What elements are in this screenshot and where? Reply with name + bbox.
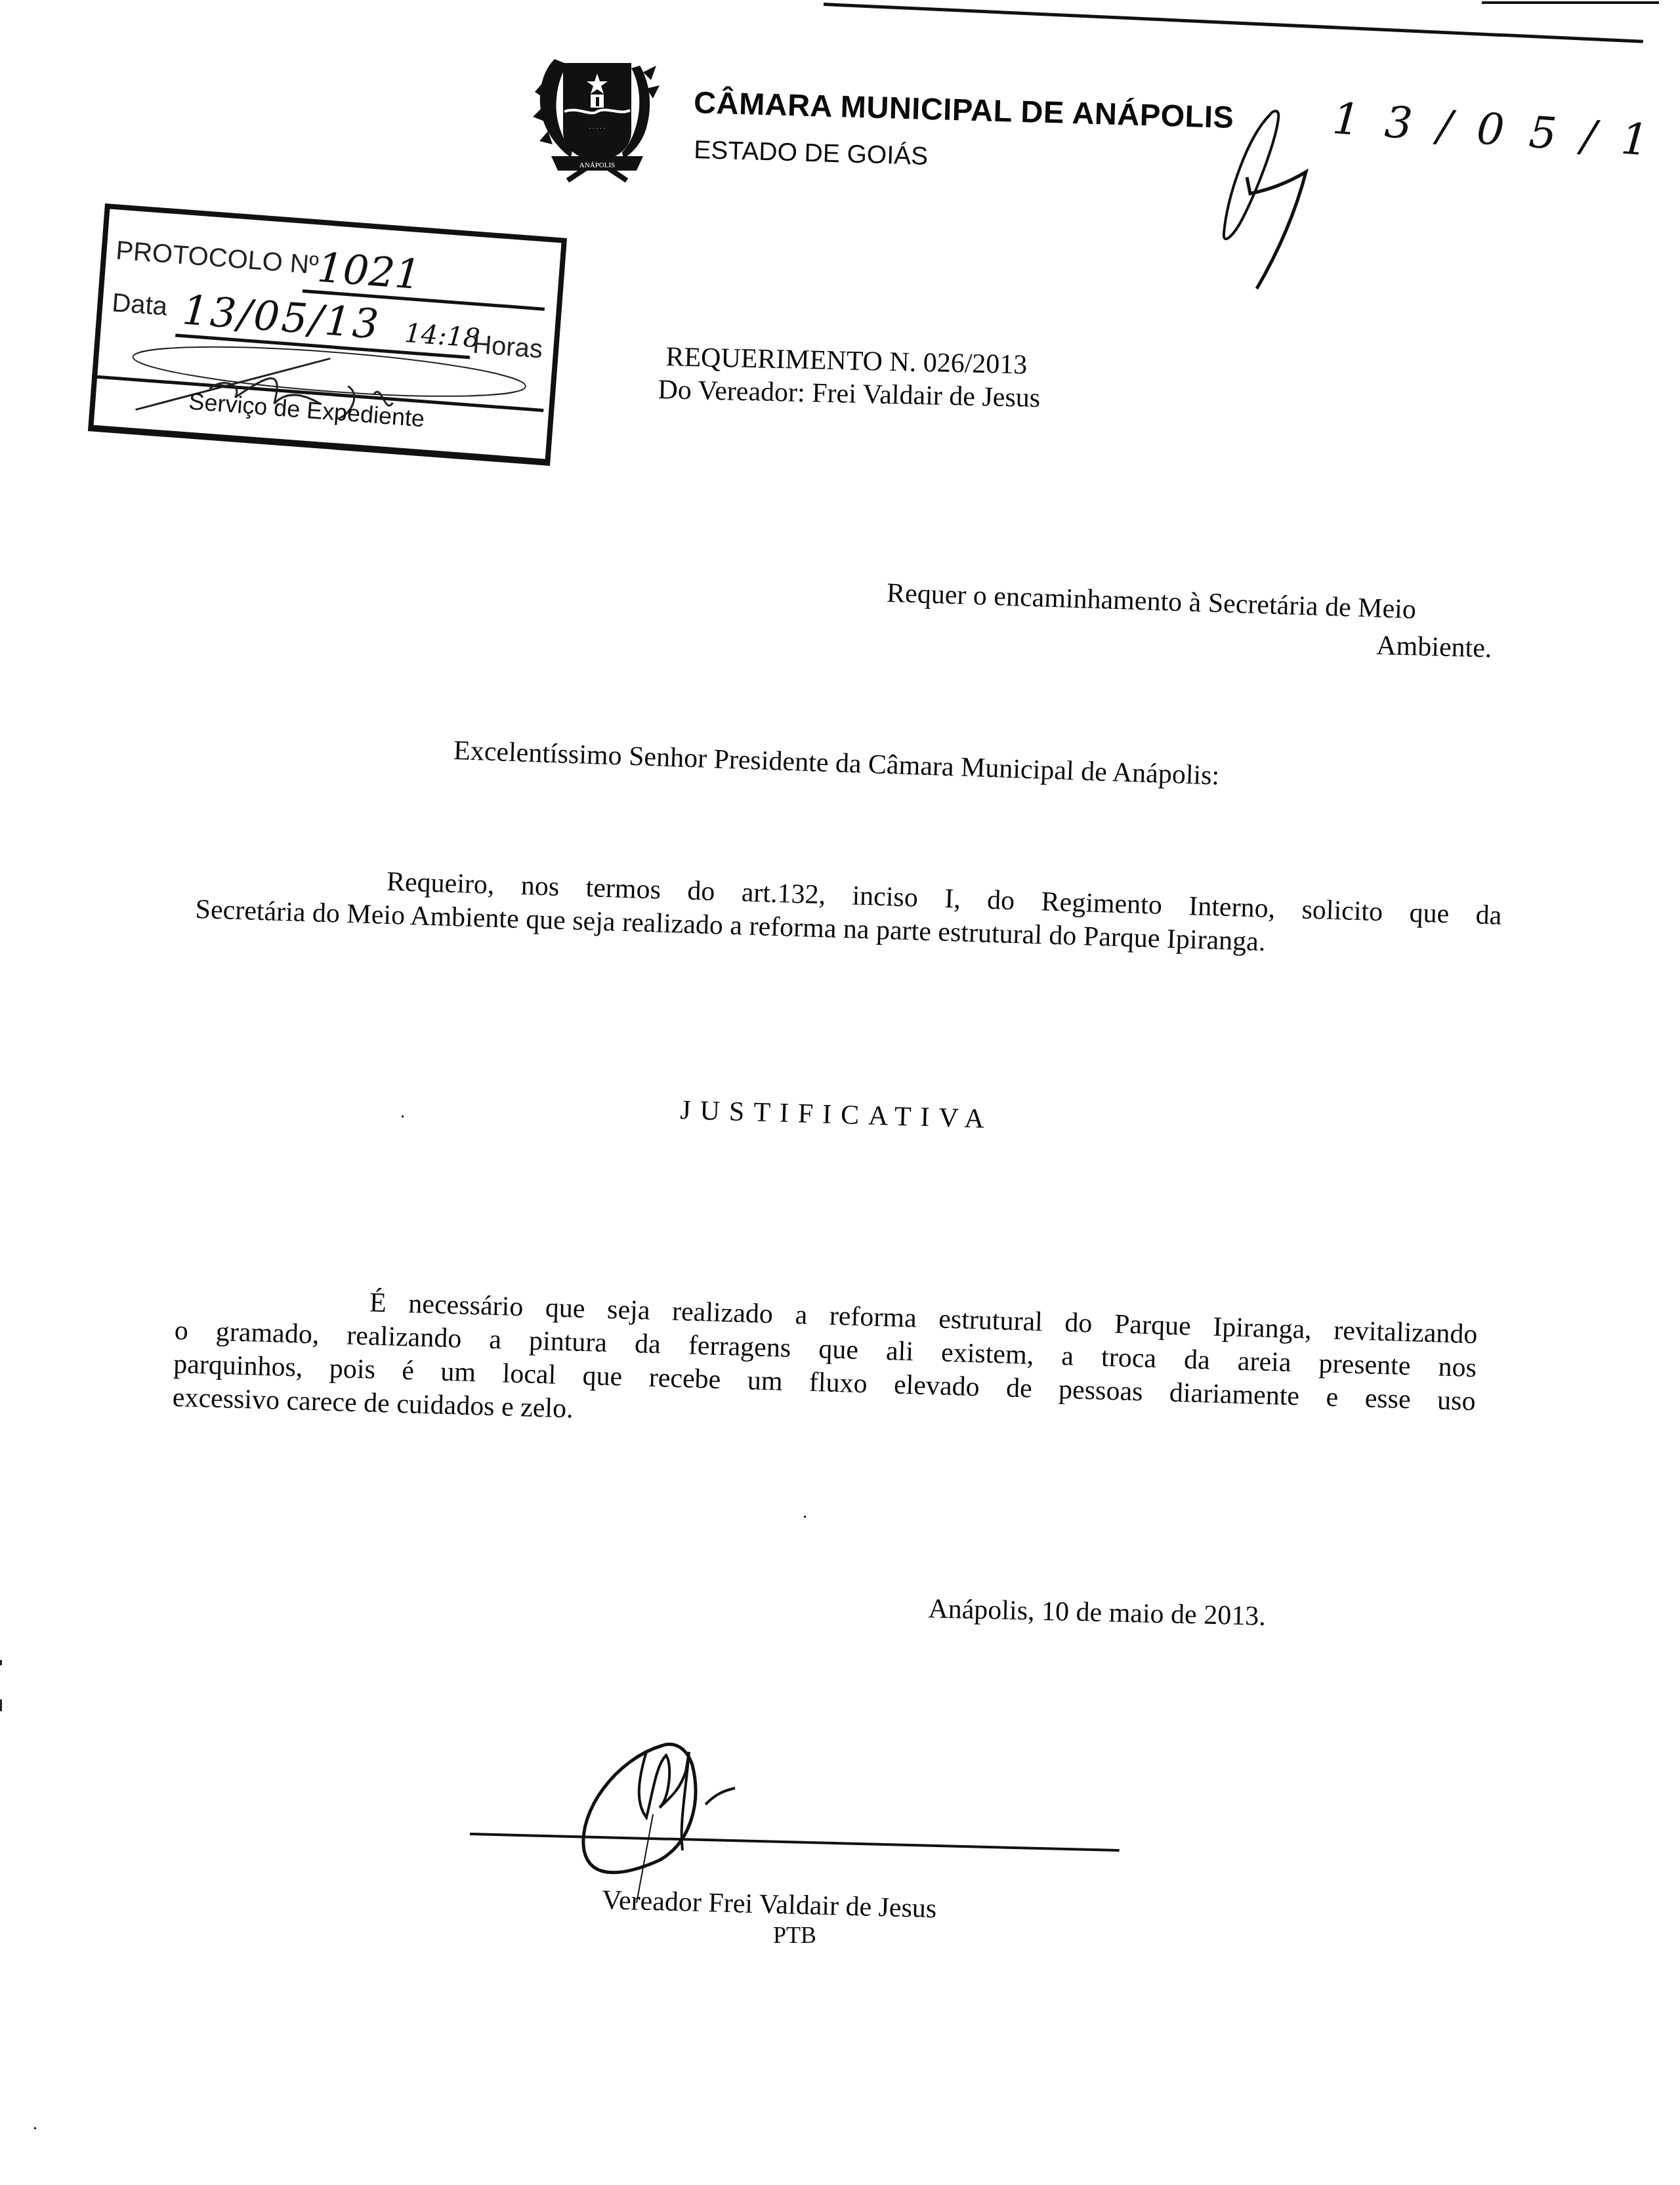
place-and-date: Anápolis, 10 de maio de 2013. — [928, 1593, 1266, 1633]
coat-of-arms-icon: · · · · · ANÁPOLIS — [532, 46, 663, 184]
handwritten-receipt-date: 13/05/1 — [1331, 93, 1675, 167]
justification-body: É necessário que seja realizado a reform… — [172, 1281, 1478, 1452]
date-label: Data — [111, 288, 169, 322]
justification-heading: JUSTIFICATIVA — [680, 1094, 994, 1135]
scan-edge-line-short — [1482, 1, 1659, 4]
protocol-number: 1021 — [316, 243, 423, 299]
scan-speck — [0, 1660, 2, 1665]
institution-name: CÂMARA MUNICIPAL DE ANÁPOLIS — [693, 84, 1234, 135]
scan-edge-line — [824, 3, 1643, 43]
signer-party: PTB — [773, 1921, 816, 1949]
request-author: Do Vereador: Frei Valdair de Jesus — [658, 374, 1041, 414]
request-summary-line2: Ambiente. — [1376, 630, 1492, 665]
scan-speck — [0, 1699, 2, 1711]
svg-text:· · · · ·: · · · · · — [589, 125, 606, 131]
salutation: Excelentíssimo Senhor Presidente da Câma… — [453, 735, 1220, 792]
protocol-stamp: PROTOCOLO Nº 1021 Data 13/05/13 14:18 Ho… — [86, 203, 563, 493]
svg-text:ANÁPOLIS: ANÁPOLIS — [579, 161, 615, 169]
scan-speck — [402, 1115, 404, 1117]
request-body: Requeiro, nos termos do art.132, inciso … — [195, 860, 1502, 967]
time-value: 14:18 — [404, 318, 481, 354]
scan-speck — [34, 2127, 36, 2129]
request-summary-line1: Requer o encaminhamento à Secretária de … — [886, 577, 1416, 625]
state-name: ESTADO DE GOIÁS — [694, 136, 929, 171]
scan-speck — [804, 1516, 806, 1518]
